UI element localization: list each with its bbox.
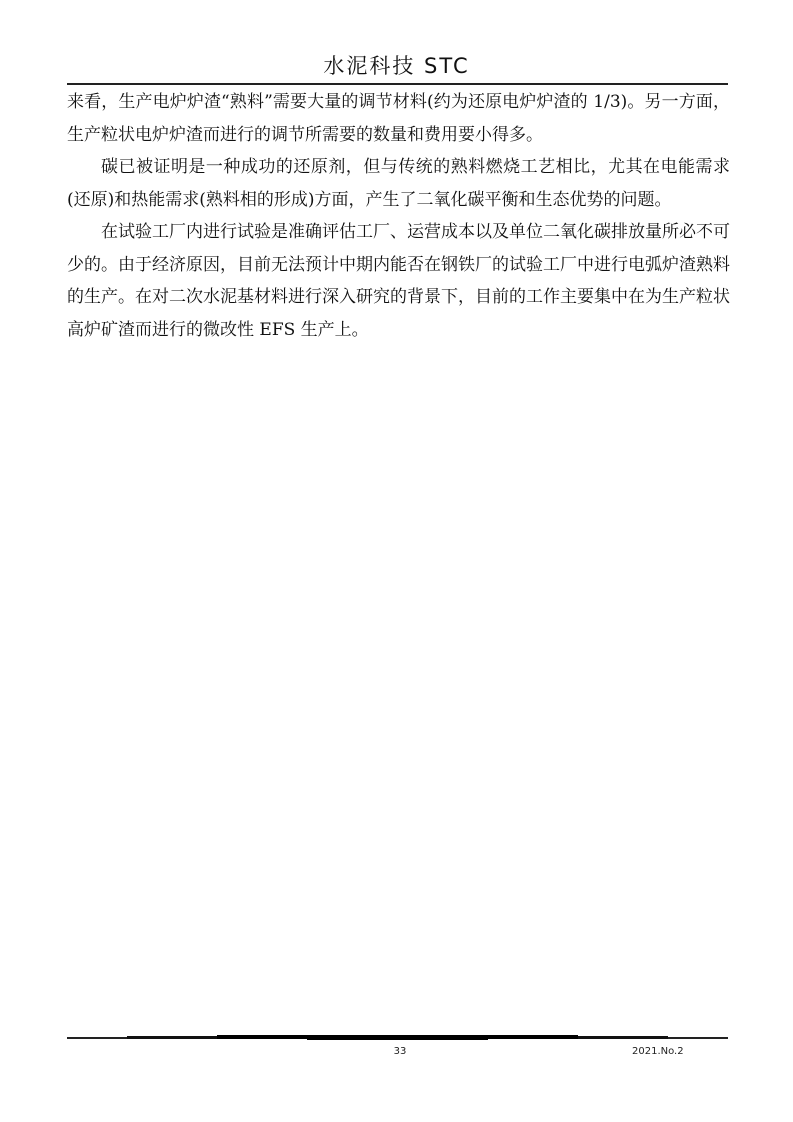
page-number: 33 <box>385 1046 415 1057</box>
header-divider <box>67 83 728 85</box>
paragraph-3: 在试验工厂内进行试验是准确评估工厂、运营成本以及单位二氧化碳排放量所必不可少的。… <box>67 216 730 346</box>
journal-title: 水泥科技 STC <box>0 50 793 80</box>
article-body: 来看，生产电炉炉渣“熟料”需要大量的调节材料(约为还原电炉炉渣的 1/3)。另一… <box>67 86 730 346</box>
issue-label: 2021.No.2 <box>632 1046 684 1057</box>
paragraph-2: 碳已被证明是一种成功的还原剂，但与传统的熟料燃烧工艺相比，尤其在电能需求(还原)… <box>67 151 730 216</box>
paragraph-1: 来看，生产电炉炉渣“熟料”需要大量的调节材料(约为还原电炉炉渣的 1/3)。另一… <box>67 86 730 151</box>
footer-divider <box>67 1035 728 1041</box>
